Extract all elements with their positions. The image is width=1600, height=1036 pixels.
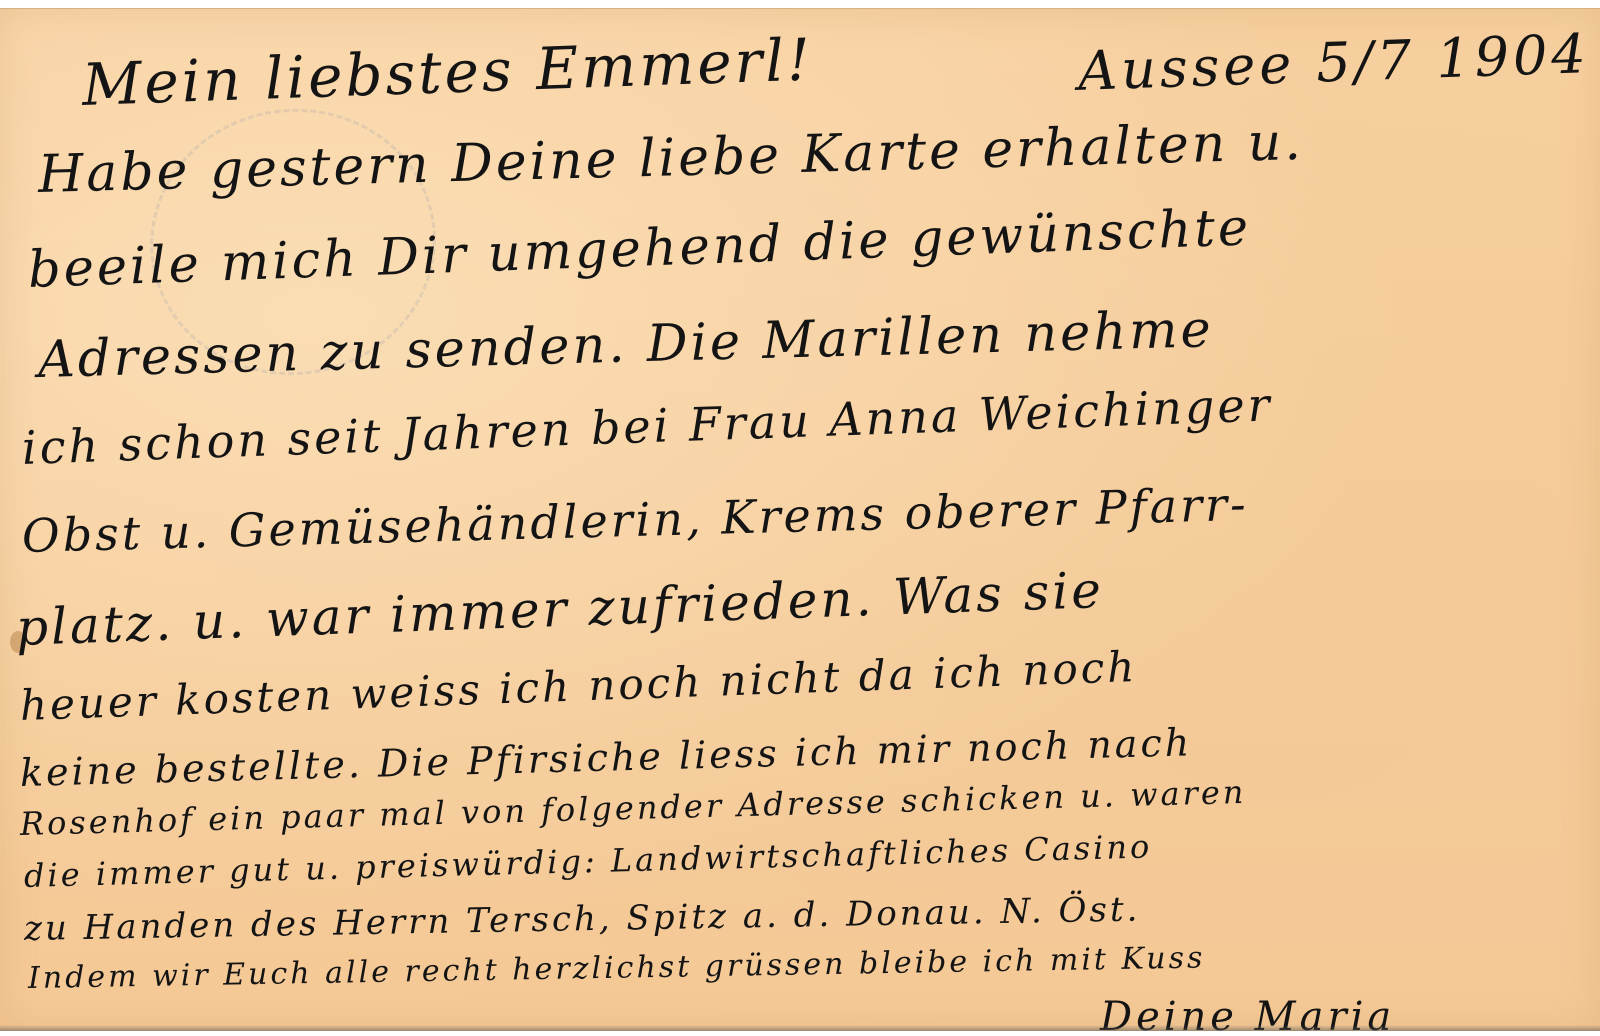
- letter-line-12: Indem wir Euch alle recht herzlichst grü…: [28, 940, 1206, 996]
- letter-line-11: zu Handen des Herrn Tersch, Spitz a. d. …: [24, 890, 1141, 949]
- letter-line-5: Obst u. Gemüsehändlerin, Krems oberer Pf…: [21, 477, 1249, 563]
- postcard: Mein liebstes Emmerl! Aussee 5/7 1904 Ha…: [0, 8, 1600, 1031]
- place-date: Aussee 5/7 1904: [1077, 22, 1591, 103]
- salutation: Mein liebstes Emmerl!: [81, 25, 814, 118]
- letter-line-6: platz. u. war immer zufrieden. Was sie: [15, 561, 1105, 657]
- letter-line-7: heuer kosten weiss ich noch nicht da ich…: [19, 642, 1138, 730]
- letter-line-4: ich schon seit Jahren bei Frau Anna Weic…: [21, 377, 1273, 475]
- signature: Deine Maria: [1100, 994, 1395, 1036]
